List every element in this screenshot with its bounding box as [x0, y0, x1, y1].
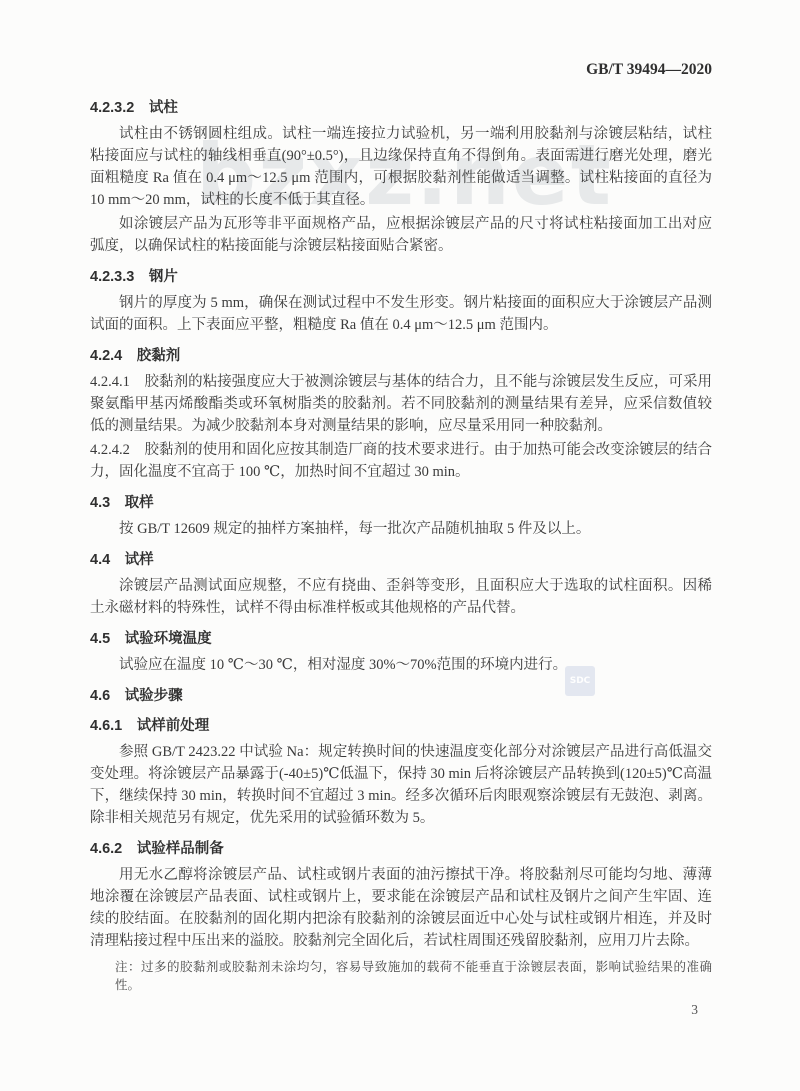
paragraph: 钢片的厚度为 5 mm，确保在测试过程中不发生形变。钢片粘接面的面积应大于涂镀层…	[90, 292, 712, 336]
section-heading-4-6-2: 4.6.2 试验样品制备	[90, 839, 712, 859]
page-content: GB/T 39494—2020 4.2.3.2 试柱 试柱由不锈钢圆柱组成。试柱…	[0, 0, 800, 1018]
paragraph: 如涂镀层产品为瓦形等非平面规格产品，应根据涂镀层产品的尺寸将试柱粘接面加工出对应…	[90, 213, 712, 257]
section-heading-4-6-1: 4.6.1 试样前处理	[90, 716, 712, 736]
paragraph: 试柱由不锈钢圆柱组成。试柱一端连接拉力试验机，另一端利用胶黏剂与涂镀层粘结，试柱…	[90, 123, 712, 211]
standard-code-header: GB/T 39494—2020	[90, 60, 712, 80]
section-heading-4-6: 4.6 试验步骤	[90, 686, 712, 706]
clause-paragraph-4-2-4-1: 4.2.4.1 胶黏剂的粘接强度应大于被测涂镀层与基体的结合力，且不能与涂镀层发…	[90, 371, 712, 437]
page-number: 3	[90, 1002, 712, 1018]
clause-paragraph-4-2-4-2: 4.2.4.2 胶黏剂的使用和固化应按其制造厂商的技术要求进行。由于加热可能会改…	[90, 439, 712, 483]
section-heading-4-4: 4.4 试样	[90, 550, 712, 570]
section-heading-4-2-3-2: 4.2.3.2 试柱	[90, 98, 712, 118]
paragraph: 涂镀层产品测试面应规整，不应有挠曲、歪斜等变形，且面积应大于选取的试柱面积。因稀…	[90, 575, 712, 619]
section-heading-4-2-3-3: 4.2.3.3 钢片	[90, 267, 712, 287]
section-heading-4-5: 4.5 试验环境温度	[90, 629, 712, 649]
paragraph: 试验应在温度 10 ℃～30 ℃，相对湿度 30%～70%范围的环境内进行。	[90, 654, 712, 676]
section-heading-4-2-4: 4.2.4 胶黏剂	[90, 346, 712, 366]
document-page: bzxz.net SDC GB/T 39494—2020 4.2.3.2 试柱 …	[0, 0, 800, 1091]
note-text: 注：过多的胶黏剂或胶黏剂未涂均匀，容易导致施加的载荷不能垂直于涂镀层表面，影响试…	[90, 958, 712, 994]
paragraph: 按 GB/T 12609 规定的抽样方案抽样，每一批次产品随机抽取 5 件及以上…	[90, 518, 712, 540]
section-heading-4-3: 4.3 取样	[90, 493, 712, 513]
paragraph: 参照 GB/T 2423.22 中试验 Na：规定转换时间的快速温度变化部分对涂…	[90, 741, 712, 829]
paragraph: 用无水乙醇将涂镀层产品、试柱或钢片表面的油污擦拭干净。将胶黏剂尽可能均匀地、薄薄…	[90, 864, 712, 952]
